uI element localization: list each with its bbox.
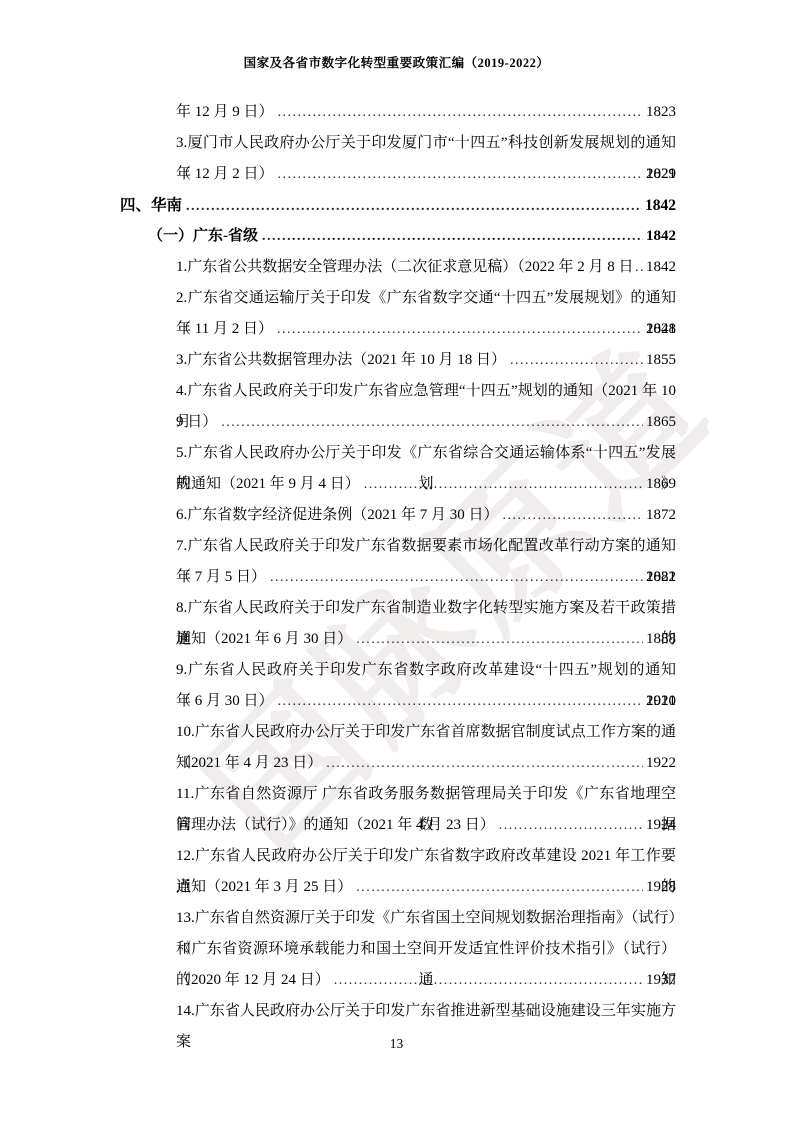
toc-entry-page-number: 1829 — [646, 159, 676, 190]
toc-entry-page-number: 1869 — [646, 469, 676, 500]
toc-entry: 12.广东省人民政府办公厅关于印发广东省数字政府改革建设 2021 年工作要点的 — [120, 841, 676, 872]
toc-entry: 通知（2021 年 3 月 25 日） 1928 — [120, 872, 676, 903]
toc-entry-page-number: 1855 — [646, 345, 676, 376]
toc-entry: 11.广东省自然资源厅 广东省政务服务数据管理局关于印发《广东省地理空间数据 — [120, 779, 676, 810]
toc-entry: 通知（2021 年 6 月 30 日） 1888 — [120, 624, 676, 655]
toc-entry: 13.广东省自然资源厅关于印发《广东省国土空间规划数据治理指南》（试行）和 — [120, 903, 676, 934]
toc-entry-text: 9 日） — [176, 407, 217, 438]
toc-entry-text: （2020 年 12 月 24 日） — [176, 965, 330, 996]
document-page: 国脉原道 国家及各省市数字化转型重要政策汇编（2019-2022） 年 12 月… — [0, 0, 793, 1122]
toc-entry-text: 1.广东省公共数据安全管理办法（二次征求意见稿）（2022 年 2 月 8 日） — [176, 252, 631, 283]
toc-entry-text: （一）广东-省级 — [148, 221, 258, 252]
toc-entry: 《广东省资源环境承载能力和国土空间开发适宜性评价技术指引》（试行）的通知 — [120, 934, 676, 965]
toc-entry-text: 6.广东省数字经济促进条例（2021 年 7 月 30 日） — [176, 500, 499, 531]
toc-entry-page-number: 1910 — [646, 686, 676, 717]
dotted-leader — [277, 314, 643, 345]
toc-entry: 年 7 月 5 日） 1882 — [120, 562, 676, 593]
toc-entry: 14.广东省人民政府办公厅关于印发广东省推进新型基础设施建设三年实施方案 — [120, 996, 676, 1027]
dotted-leader — [278, 159, 643, 190]
dotted-leader — [510, 345, 643, 376]
toc-entry: 4.广东省人民政府关于印发广东省应急管理“十四五”规划的通知（2021 年 10… — [120, 376, 676, 407]
toc-entry-page-number: 1922 — [646, 748, 676, 779]
toc-entry: 6.广东省数字经济促进条例（2021 年 7 月 30 日） 1872 — [120, 500, 676, 531]
toc-entry: 年 12 月 9 日） 1823 — [120, 97, 676, 128]
dotted-leader — [270, 562, 643, 593]
toc-entry: 10.广东省人民政府办公厅关于印发广东省首席数据官制度试点工作方案的通知 — [120, 717, 676, 748]
toc-entry-text: 通知（2021 年 6 月 30 日） — [176, 624, 352, 655]
dotted-leader — [326, 748, 643, 779]
toc-entry-page-number: 1882 — [646, 562, 676, 593]
dotted-leader — [364, 469, 643, 500]
toc-entry-text: 通知（2021 年 3 月 25 日） — [176, 872, 352, 903]
dotted-leader — [503, 500, 643, 531]
toc-entry-text: 四、华南 — [120, 190, 182, 221]
dotted-leader — [356, 624, 643, 655]
toc-entry: 9.广东省人民政府关于印发广东省数字政府改革建设“十四五”规划的通知（2021 — [120, 655, 676, 686]
toc-entry-text: （2021 年 4 月 23 日） — [176, 748, 322, 779]
toc-entry: 年 6 月 30 日） 1910 — [120, 686, 676, 717]
toc-entry: 9 日） 1865 — [120, 407, 676, 438]
dotted-leader — [221, 407, 643, 438]
toc-entry-text: 年 12 月 9 日） — [176, 97, 274, 128]
toc-entry: 年 11 月 2 日） 1848 — [120, 314, 676, 345]
toc-entry-page-number: 1928 — [646, 872, 676, 903]
toc-entry-page-number: 1842 — [645, 190, 676, 221]
toc-entry-page-number: 1842 — [646, 221, 676, 252]
toc-entry: 7.广东省人民政府关于印发广东省数据要素市场化配置改革行动方案的通知（2021 — [120, 531, 676, 562]
toc-entry-page-number: 1888 — [646, 624, 676, 655]
toc-entry-text: 管理办法（试行）》的通知（2021 年 4 月 23 日） — [176, 810, 495, 841]
footer-page-number: 13 — [0, 1036, 793, 1052]
toc-entry-page-number: 1937 — [646, 965, 676, 996]
toc-entry-text: 3.广东省公共数据管理办法（2021 年 10 月 18 日） — [176, 345, 506, 376]
toc-entry: （一）广东-省级 1842 — [120, 221, 676, 252]
toc-entry: 5.广东省人民政府办公厅关于印发《广东省综合交通运输体系“十四五”发展规划》 — [120, 438, 676, 469]
dotted-leader — [635, 252, 643, 283]
toc-entry: 3.厦门市人民政府办公厅关于印发厦门市“十四五”科技创新发展规划的通知（2021 — [120, 128, 676, 159]
dotted-leader — [334, 965, 643, 996]
dotted-leader — [186, 190, 642, 222]
toc-entry-page-number: 1872 — [646, 500, 676, 531]
toc-entry: 四、华南 1842 — [120, 190, 676, 221]
toc-entry-text: 年 12 月 2 日） — [176, 159, 274, 190]
toc-entry: 管理办法（试行）》的通知（2021 年 4 月 23 日） 1924 — [120, 810, 676, 841]
toc-entry-text: 年 7 月 5 日） — [176, 562, 266, 593]
dotted-leader — [356, 872, 643, 903]
toc-entry: 2.广东省交通运输厅关于印发《广东省数字交通“十四五”发展规划》的通知（2021 — [120, 283, 676, 314]
dotted-leader — [278, 686, 643, 717]
toc-entry: 3.广东省公共数据管理办法（2021 年 10 月 18 日） 1855 — [120, 345, 676, 376]
toc-entry-text: 年 6 月 30 日） — [176, 686, 274, 717]
toc-entry: （2021 年 4 月 23 日） 1922 — [120, 748, 676, 779]
dotted-leader — [278, 97, 643, 128]
table-of-contents: 年 12 月 9 日） 1823 3.厦门市人民政府办公厅关于印发厦门市“十四五… — [120, 97, 676, 1027]
toc-entry-page-number: 1842 — [646, 252, 676, 283]
toc-entry: （2020 年 12 月 24 日） 1937 — [120, 965, 676, 996]
dotted-leader — [262, 221, 643, 252]
toc-entry: 的通知（2021 年 9 月 4 日） 1869 — [120, 469, 676, 500]
toc-entry-text: 年 11 月 2 日） — [176, 314, 273, 345]
toc-entry-page-number: 1823 — [646, 97, 676, 128]
toc-entry-text: 的通知（2021 年 9 月 4 日） — [176, 469, 360, 500]
toc-entry: 1.广东省公共数据安全管理办法（二次征求意见稿）（2022 年 2 月 8 日）… — [120, 252, 676, 283]
dotted-leader — [499, 810, 643, 841]
toc-entry: 年 12 月 2 日） 1829 — [120, 159, 676, 190]
toc-entry: 8.广东省人民政府关于印发广东省制造业数字化转型实施方案及若干政策措施的 — [120, 593, 676, 624]
document-header-title: 国家及各省市数字化转型重要政策汇编（2019-2022） — [0, 53, 793, 71]
toc-entry-page-number: 1924 — [646, 810, 676, 841]
toc-entry-page-number: 1848 — [646, 314, 676, 345]
toc-entry-page-number: 1865 — [646, 407, 676, 438]
